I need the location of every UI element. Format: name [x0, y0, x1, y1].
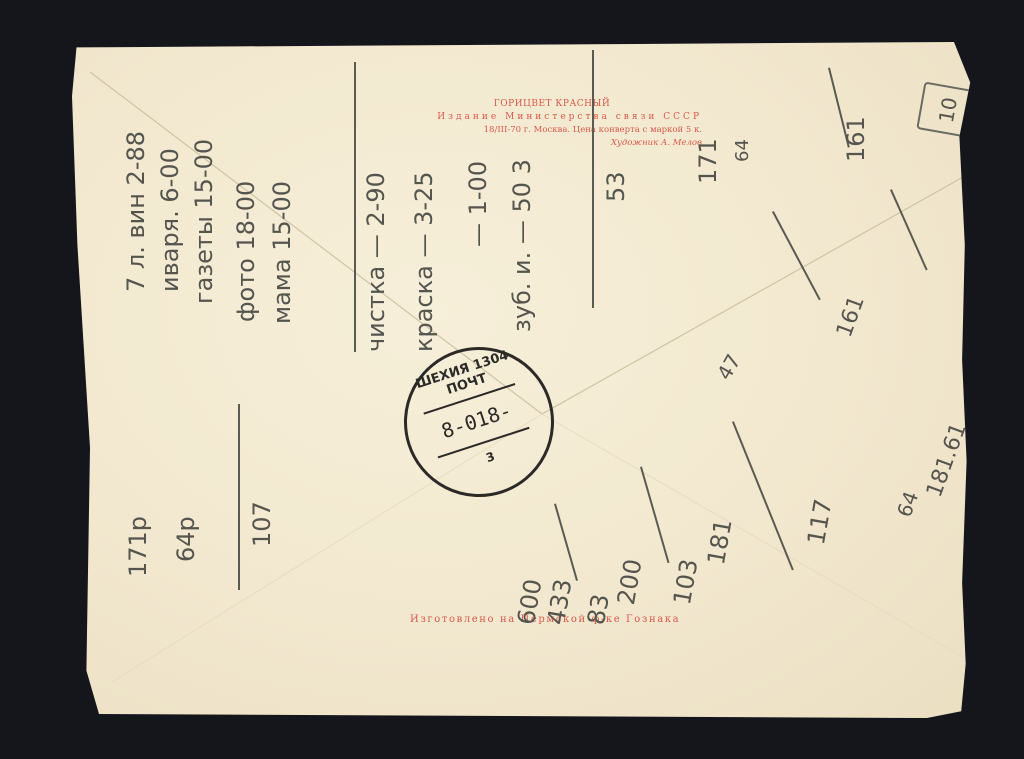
pencil-line-1 [354, 62, 356, 352]
postmark-date: 8-018- [438, 398, 514, 443]
hand-note-5: мама 15-00 [268, 181, 296, 324]
envelope: ГОРИЦВЕТ КРАСНЫЙ Издание Министерства св… [72, 42, 972, 718]
pencil-line-4 [238, 404, 240, 590]
hand-note-7: краска — 3-25 [410, 171, 438, 352]
hand-calc-top-1: 53 [602, 171, 630, 202]
hand-calc-left-1: 171р [124, 516, 152, 577]
printed-header-title: ГОРИЦВЕТ КРАСНЫЙ [402, 98, 702, 111]
hand-calc-bottom-3: 83 [582, 592, 615, 627]
hand-calc-right-1: 161 [842, 116, 870, 162]
printed-header-price: 18/III-70 г. Москва. Цена конверта с мар… [402, 124, 702, 137]
printed-header-artist: Художник А. Мелов [402, 137, 702, 150]
hand-note-9: зуб. и. — 50 3 [508, 159, 536, 332]
pencil-line-2 [592, 50, 594, 308]
hand-note-3: газеты 15-00 [190, 139, 218, 304]
hand-calc-left-3: 107 [248, 501, 276, 547]
hand-note-8: — 1-00 [464, 161, 492, 247]
hand-calc-top-3: 171 [694, 138, 722, 184]
hand-note-4: фото 18-00 [232, 181, 260, 322]
hand-calc-left-2: 64р [172, 516, 200, 562]
printed-header-publisher: Издание Министерства связи СССР [402, 111, 702, 124]
boxed-number: 10 [916, 82, 979, 139]
hand-note-6: чистка — 2-90 [362, 172, 390, 352]
hand-note-2: иваря. 6-00 [156, 148, 184, 292]
boxed-number-value: 10 [934, 95, 962, 124]
printed-header: ГОРИЦВЕТ КРАСНЫЙ Издание Министерства св… [402, 98, 702, 150]
hand-note-1: 7 л. вин 2-88 [122, 131, 150, 292]
hand-calc-top-4: 64 [732, 139, 753, 162]
